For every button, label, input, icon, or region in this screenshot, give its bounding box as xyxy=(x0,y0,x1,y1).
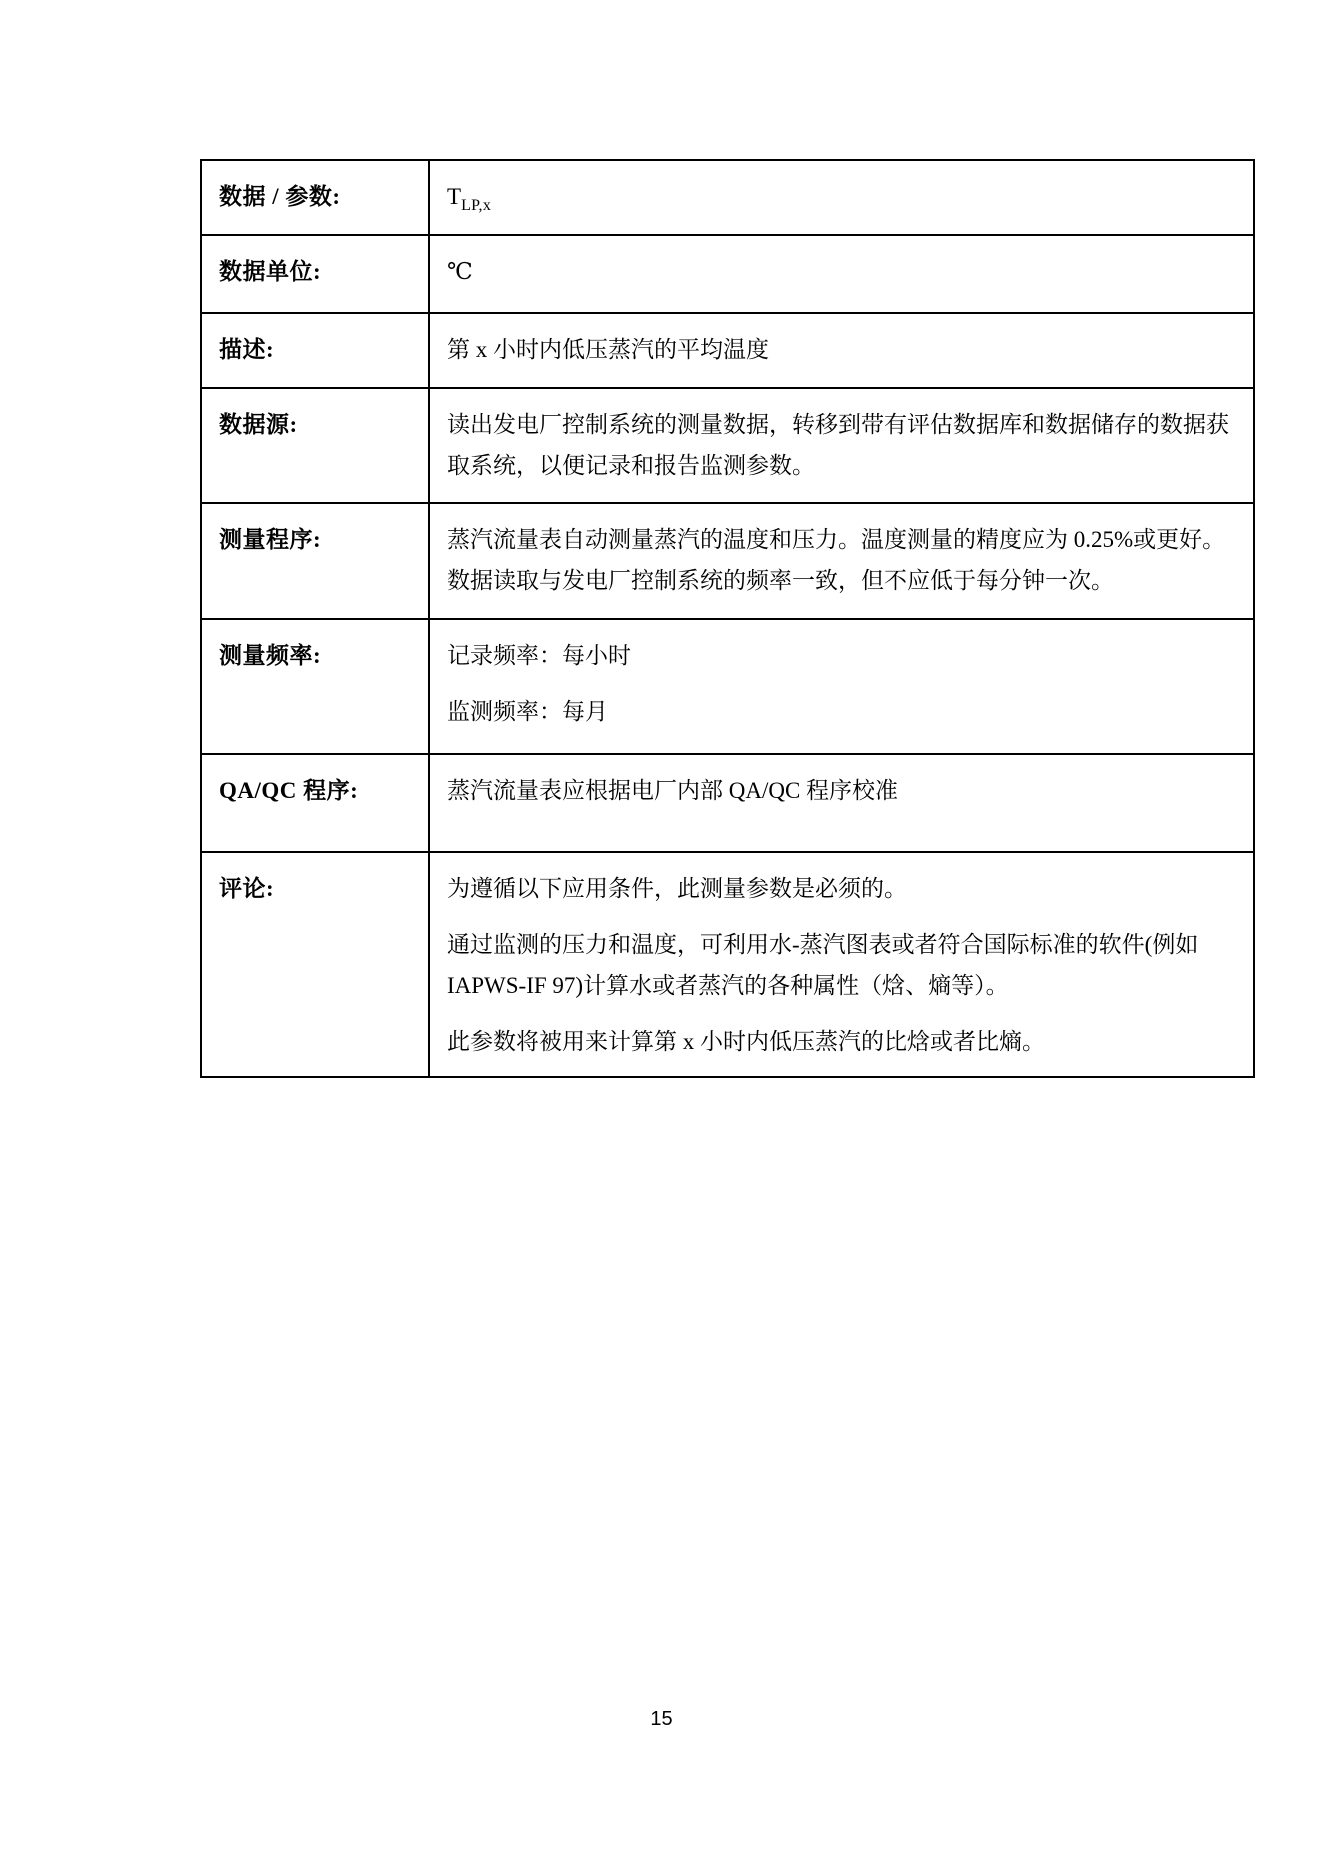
row-label-cell: 数据单位: xyxy=(201,235,429,313)
row-value-cell: ℃ xyxy=(429,235,1254,313)
row-value-cell: 第 x 小时内低压蒸汽的平均温度 xyxy=(429,313,1254,388)
row-value-cell: TLP,x xyxy=(429,160,1254,235)
row-label: QA/QC 程序: xyxy=(219,770,406,811)
page-number: 15 xyxy=(0,1708,1323,1731)
param-symbol-subscript: LP,x xyxy=(461,197,491,214)
row-label: 测量程序: xyxy=(219,519,406,560)
row-label: 测量频率: xyxy=(219,635,406,676)
row-label-cell: 描述: xyxy=(201,313,429,388)
row-value-cell: 蒸汽流量表应根据电厂内部 QA/QC 程序校准 xyxy=(429,754,1254,852)
row-label: 数据单位: xyxy=(219,251,406,292)
row-label: 数据 / 参数: xyxy=(219,176,406,217)
table-row-parameter: 数据 / 参数: TLP,x xyxy=(201,160,1254,235)
row-label-cell: 数据 / 参数: xyxy=(201,160,429,235)
table-row-description: 描述: 第 x 小时内低压蒸汽的平均温度 xyxy=(201,313,1254,388)
param-symbol: TLP,x xyxy=(447,176,1231,220)
row-value-paragraph: 此参数将被用来计算第 x 小时内低压蒸汽的比焓或者比熵。 xyxy=(447,1021,1231,1062)
row-value-cell: 蒸汽流量表自动测量蒸汽的温度和压力。温度测量的精度应为 0.25%或更好。数据读… xyxy=(429,503,1254,619)
table-row-qaqc-procedure: QA/QC 程序: 蒸汽流量表应根据电厂内部 QA/QC 程序校准 xyxy=(201,754,1254,852)
row-label: 评论: xyxy=(219,868,406,909)
row-value-paragraph: 为遵循以下应用条件，此测量参数是必须的。 xyxy=(447,868,1231,909)
row-value: 第 x 小时内低压蒸汽的平均温度 xyxy=(447,329,1231,370)
row-value-paragraph: 通过监测的压力和温度，可利用水-蒸汽图表或者符合国际标准的软件(例如 IAPWS… xyxy=(447,924,1231,1006)
param-symbol-main: T xyxy=(447,184,461,209)
row-label-cell: 测量频率: xyxy=(201,619,429,754)
row-label-cell: 评论: xyxy=(201,852,429,1077)
document-page: 数据 / 参数: TLP,x 数据单位: ℃ 描述: 第 x xyxy=(0,0,1323,1871)
row-value-paragraph: 记录频率：每小时 xyxy=(447,635,1231,676)
table-row-comments: 评论: 为遵循以下应用条件，此测量参数是必须的。 通过监测的压力和温度，可利用水… xyxy=(201,852,1254,1077)
row-value: 蒸汽流量表应根据电厂内部 QA/QC 程序校准 xyxy=(447,770,1231,811)
row-value: ℃ xyxy=(447,251,1231,292)
row-label: 数据源: xyxy=(219,404,406,445)
row-value: 蒸汽流量表自动测量蒸汽的温度和压力。温度测量的精度应为 0.25%或更好。数据读… xyxy=(447,519,1231,601)
row-value-cell: 为遵循以下应用条件，此测量参数是必须的。 通过监测的压力和温度，可利用水-蒸汽图… xyxy=(429,852,1254,1077)
table-row-measurement-procedure: 测量程序: 蒸汽流量表自动测量蒸汽的温度和压力。温度测量的精度应为 0.25%或… xyxy=(201,503,1254,619)
row-label-cell: 测量程序: xyxy=(201,503,429,619)
row-value-cell: 记录频率：每小时 监测频率：每月 xyxy=(429,619,1254,754)
table-row-data-source: 数据源: 读出发电厂控制系统的测量数据，转移到带有评估数据库和数据储存的数据获取… xyxy=(201,388,1254,503)
table-row-measurement-frequency: 测量频率: 记录频率：每小时 监测频率：每月 xyxy=(201,619,1254,754)
row-value-paragraph: 监测频率：每月 xyxy=(447,691,1231,732)
row-label-cell: 数据源: xyxy=(201,388,429,503)
table-row-unit: 数据单位: ℃ xyxy=(201,235,1254,313)
row-label-cell: QA/QC 程序: xyxy=(201,754,429,852)
data-parameter-table: 数据 / 参数: TLP,x 数据单位: ℃ 描述: 第 x xyxy=(200,159,1255,1078)
row-label: 描述: xyxy=(219,329,406,370)
row-value-cell: 读出发电厂控制系统的测量数据，转移到带有评估数据库和数据储存的数据获取系统，以便… xyxy=(429,388,1254,503)
row-value: 读出发电厂控制系统的测量数据，转移到带有评估数据库和数据储存的数据获取系统，以便… xyxy=(447,404,1231,486)
